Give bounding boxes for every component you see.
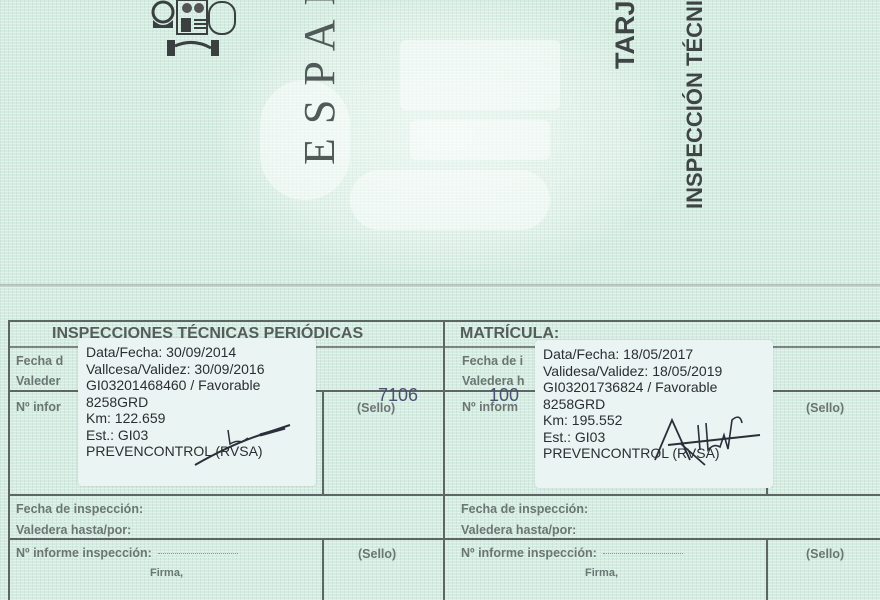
sticker-plate: 8258GRD xyxy=(86,394,308,411)
card-subtitle: INSPECCIÓN TÉCNI xyxy=(680,0,710,226)
country-title: ESPAÑA xyxy=(296,0,346,165)
sticker-validity: Validesa/Validez: 18/05/2019 xyxy=(543,363,765,380)
sticker-date: Data/Fecha: 30/09/2014 xyxy=(86,344,308,361)
seal-divider-right-2 xyxy=(766,538,768,600)
card-title: TARJ xyxy=(608,0,642,70)
label-signature: Firma, xyxy=(150,567,183,579)
seal-divider-left-1 xyxy=(322,390,324,494)
stamp-number: 7106 xyxy=(378,385,418,406)
sticker-report: GI03201468460 / Favorable xyxy=(86,377,308,394)
label-valid-until: Valedera hasta/por: xyxy=(16,523,131,537)
label-inspection-date: Fecha de inspección: xyxy=(461,502,588,516)
spanish-coat-of-arms-icon xyxy=(145,0,240,58)
signature-mark xyxy=(190,420,300,470)
label-report-number: Nº informe inspección: xyxy=(461,546,683,560)
sticker-report: GI03201736824 / Favorable xyxy=(543,379,765,396)
watermark-emblem xyxy=(220,0,670,270)
label-inspection-date: Fecha de i xyxy=(462,354,523,368)
sticker-date: Data/Fecha: 18/05/2017 xyxy=(543,346,765,363)
table-left-border xyxy=(8,320,10,600)
label-seal: (Sello) xyxy=(358,547,396,561)
sticker-validity: Vallcesa/Validez: 30/09/2016 xyxy=(86,361,308,378)
stamp-number: 100 xyxy=(489,385,519,406)
seal-divider-left-2 xyxy=(322,538,324,600)
label-valid-until: Valeder xyxy=(16,374,60,388)
label-report-number: Nº informe inspección: xyxy=(16,546,238,560)
column-divider xyxy=(443,320,445,600)
label-seal: (Sello) xyxy=(806,401,844,415)
label-inspection-date: Fecha de inspección: xyxy=(16,502,143,516)
label-inspection-date: Fecha d xyxy=(16,354,63,368)
label-report-number: Nº infor xyxy=(16,400,61,414)
fold-line xyxy=(0,284,880,287)
label-signature: Firma, xyxy=(585,567,618,579)
signature-mark xyxy=(650,405,770,470)
label-seal: (Sello) xyxy=(806,547,844,561)
label-valid-until: Valedera hasta/por: xyxy=(461,523,576,537)
